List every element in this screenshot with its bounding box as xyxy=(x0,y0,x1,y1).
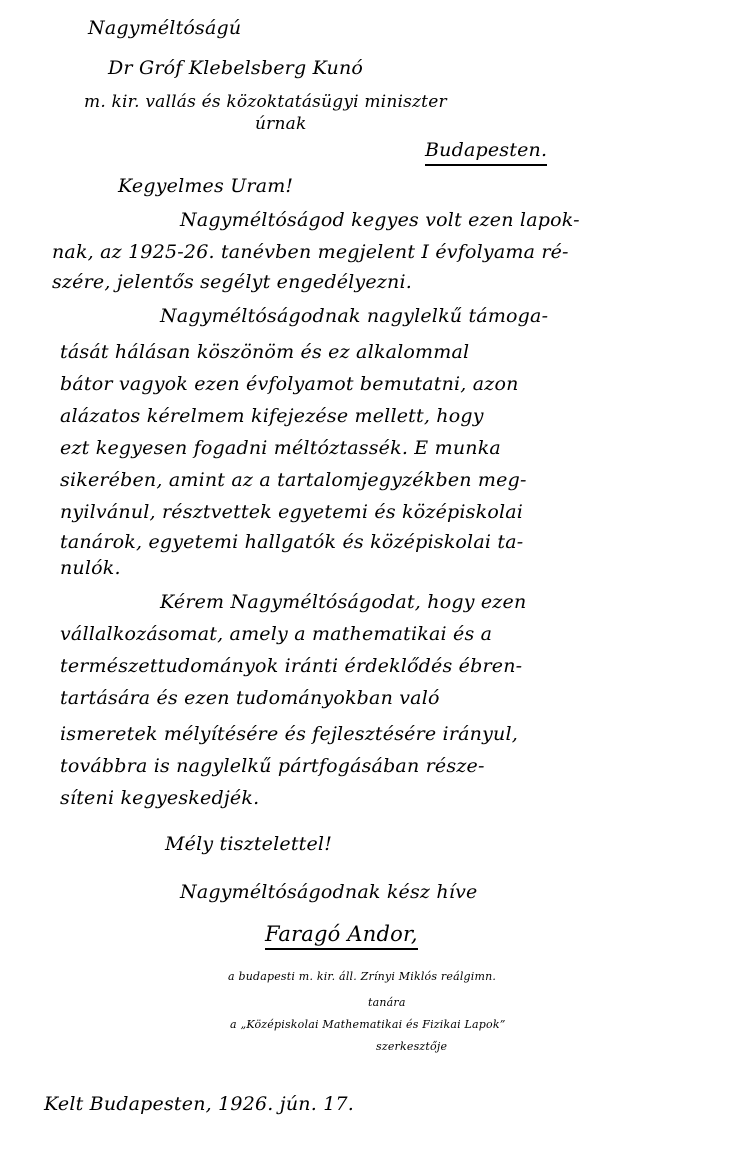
body-line: tását hálásan köszönöm és ez alkalommal xyxy=(60,340,469,364)
body-line: ismeretek mélyítésére és fejlesztésére i… xyxy=(60,722,518,746)
dateline: Kelt Budapesten, 1926. jún. 17. xyxy=(44,1092,354,1116)
body-line: bátor vagyok ezen évfolyamot bemutatni, … xyxy=(60,372,519,396)
body-line: továbbra is nagylelkű pártfogásában rész… xyxy=(60,754,485,778)
body-line: szére, jelentős segélyt engedélyezni. xyxy=(52,270,412,294)
addressee-city: Budapesten. xyxy=(425,138,547,166)
body-line: nak, az 1925-26. tanévben megjelent I év… xyxy=(52,240,569,264)
signer-title-line: tanára xyxy=(368,996,406,1010)
salutation: Kegyelmes Uram! xyxy=(118,174,293,198)
body-line: Kérem Nagyméltóságodat, hogy ezen xyxy=(160,590,526,614)
body-line: tanárok, egyetemi hallgatók és középisko… xyxy=(60,530,523,554)
body-line: ezt kegyesen fogadni méltóztassék. E mun… xyxy=(60,436,501,460)
body-line: alázatos kérelmem kifejezése mellett, ho… xyxy=(60,404,484,428)
body-line: sikerében, amint az a tartalomjegyzékben… xyxy=(60,468,527,492)
signature: Faragó Andor, xyxy=(265,922,418,950)
signer-title-line: szerkesztője xyxy=(376,1040,447,1054)
body-line: Nagyméltóságodnak nagylelkű támoga- xyxy=(160,304,548,328)
addressee-title-cont: úrnak xyxy=(255,112,306,136)
valediction: Nagyméltóságodnak kész híve xyxy=(180,880,477,904)
addressee-title: m. kir. vallás és közoktatásügyi miniszt… xyxy=(84,90,447,114)
body-line: vállalkozásomat, amely a mathematikai és… xyxy=(60,622,492,646)
signer-title-line: a „Középiskolai Mathematikai és Fizikai … xyxy=(230,1018,506,1032)
signer-title-line: a budapesti m. kir. áll. Zrínyi Miklós r… xyxy=(228,970,496,984)
body-line: Nagyméltóságod kegyes volt ezen lapok- xyxy=(180,208,580,232)
body-line: síteni kegyeskedjék. xyxy=(60,786,259,810)
addressee-honorific: Nagyméltóságú xyxy=(88,16,241,40)
closing: Mély tisztelettel! xyxy=(165,832,332,856)
addressee-name: Dr Gróf Klebelsberg Kunó xyxy=(108,56,363,80)
body-line: nulók. xyxy=(60,556,121,580)
body-line: természettudományok iránti érdeklődés éb… xyxy=(60,654,522,678)
body-line: tartására és ezen tudományokban való xyxy=(60,686,440,710)
body-line: nyilvánul, résztvettek egyetemi és közép… xyxy=(60,500,523,524)
